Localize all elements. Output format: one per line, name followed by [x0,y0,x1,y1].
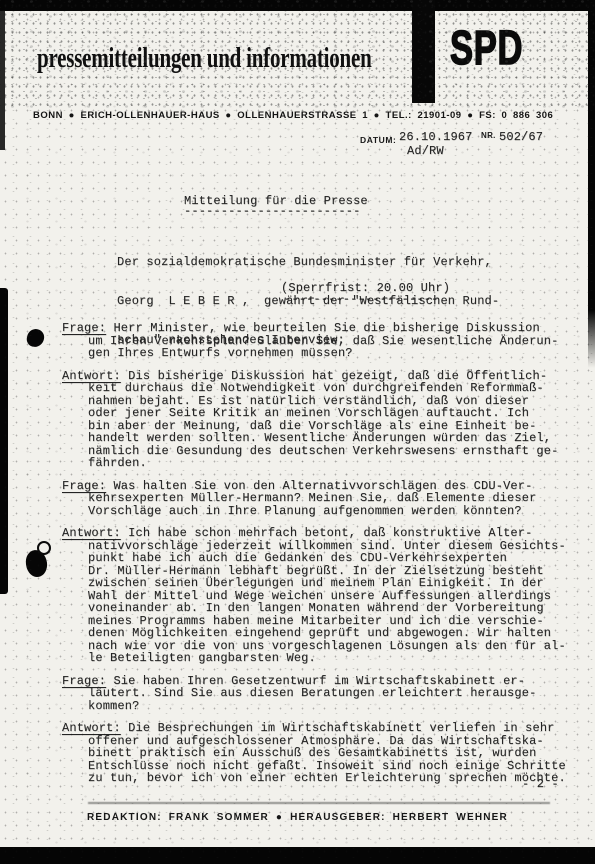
qa-label: Antwort: [62,526,121,540]
scan-edge-left-upper [0,0,5,150]
press-release-scan: pressemitteilungen und informationen SPD… [0,0,595,864]
qa-paragraph: Antwort: Ich habe schon mehrfach betont,… [62,527,588,665]
scan-edge-left-lower [0,288,8,594]
masthead-title: pressemitteilungen und informationen [37,44,372,74]
ink-blob-1 [25,327,45,348]
qa-paragraph: Frage: Sie haben Ihren Gesetzentwurf im … [62,675,588,713]
qa-label: Antwort: [62,369,121,383]
address-line: BONN ● ERICH-OLLENHAUER-HAUS ● OLLENHAUE… [33,110,553,121]
qa-paragraph: Antwort: Die Besprechungen im Wirtschaft… [62,722,588,785]
datum-label: DATUM: [360,135,397,145]
qa-section: Frage: Herr Minister, wie beurteilen Sie… [62,322,588,795]
intro-line: Der sozialdemokratische Bundesminister f… [117,256,499,269]
page-number-marker: - 2 - [522,778,559,791]
scan-edge-right [588,0,595,370]
datum-value: 26.10.1967 [399,131,473,144]
spd-logo: SPD [450,27,523,71]
scan-edge-top [0,0,595,11]
qa-label: Frage: [62,321,106,335]
footer-imprint: REDAKTION: FRANK SOMMER ● HERAUSGEBER: H… [0,812,595,823]
ink-blob-2-ring [37,541,51,555]
reference-code: Ad/RW [407,145,444,158]
footer-rule [88,802,550,804]
qa-label: Antwort: [62,721,121,735]
nr-label: NR. [481,131,496,140]
qa-label: Frage: [62,479,106,493]
embargo-underline: --------------------- [284,293,438,306]
scan-edge-bottom [0,847,595,864]
spd-logo-bar [412,0,435,103]
qa-paragraph: Frage: Was halten Sie von den Alternativ… [62,480,588,518]
document-title-underline: ------------------------ [184,205,360,218]
qa-label: Frage: [62,674,106,688]
qa-paragraph: Antwort: Dis bisherige Diskussion hat ge… [62,370,588,470]
nr-value: 502/67 [499,131,543,144]
qa-paragraph: Frage: Herr Minister, wie beurteilen Sie… [62,322,588,360]
